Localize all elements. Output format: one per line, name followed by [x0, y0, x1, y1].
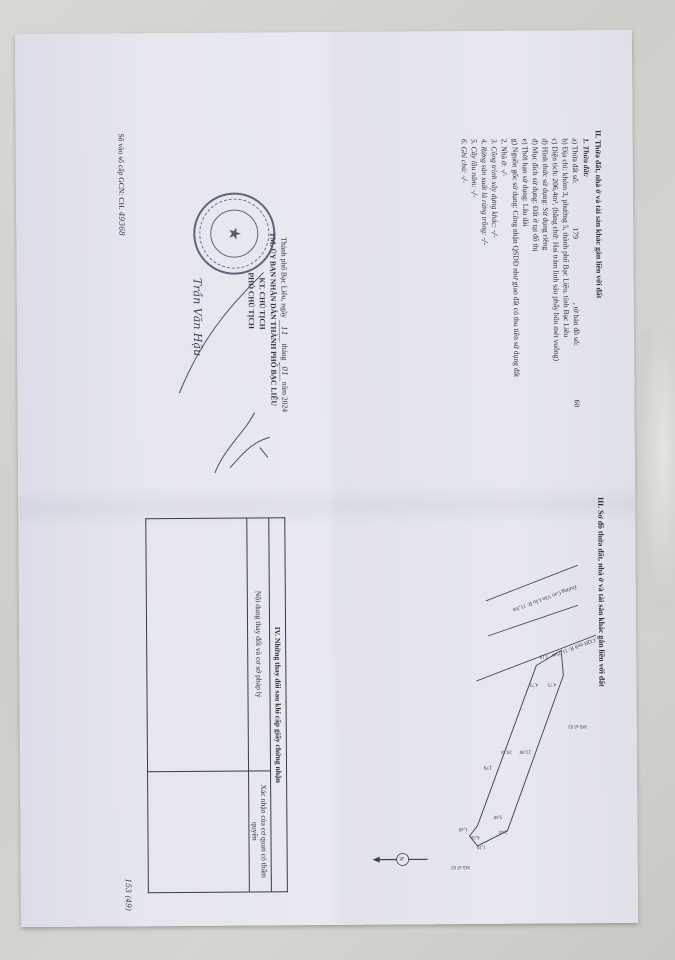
changes-empty-cell — [146, 518, 249, 771]
signer-name: Trần Văn Hậu — [191, 278, 205, 356]
map-sheet-number: 60 — [572, 400, 581, 408]
svg-text:5,10: 5,10 — [539, 653, 548, 658]
svg-text:5,60: 5,60 — [493, 814, 502, 819]
changes-table: IV. Những thay đổi sau khi cấp giấy chứn… — [145, 517, 288, 893]
svg-text:CCQH mới R: 11,25m: CCQH mới R: 11,25m — [550, 635, 598, 658]
perennial-trees-row: 5. Cây lâu năm: -/- — [470, 139, 479, 198]
parcel-number-row: a) Thửa đất số: 179 , tờ bản đồ số: 60 — [571, 138, 582, 407]
svg-text:Đường Cao Văn Lầu R: 11,3m: Đường Cao Văn Lầu R: 11,3m — [511, 583, 577, 613]
page-note: 153 (49) — [124, 878, 133, 911]
issue-day: 11 — [279, 320, 289, 342]
notes-row: 6. Ghi chú: -/- — [460, 139, 469, 183]
house-row: 2. Nhà ở: -/- — [500, 139, 509, 177]
other-construction-row: 3. Công trình xây dựng khác: -/- — [490, 139, 500, 238]
changes-empty-cell — [148, 771, 250, 893]
svg-text:4,73: 4,73 — [547, 681, 556, 686]
svg-text:6,50: 6,50 — [470, 834, 479, 839]
usage-form-row: d) Hình thức sử dụng: Sử dụng riêng — [541, 138, 551, 250]
certificate-content: II. Thửa đất, nhà ở và tài sản khác gắn … — [15, 30, 638, 927]
svg-text:1,40: 1,40 — [458, 826, 467, 831]
planted-forest-row: 4. Rừng sản xuất là rừng trồng: -/- — [480, 139, 490, 245]
changes-column-confirmation: Xác nhận của cơ quan có thẩm quyền — [249, 771, 272, 893]
svg-text:179: 179 — [483, 764, 492, 770]
registry-number: Số vào sổ cấp GCN: CH. 49368 — [117, 133, 127, 235]
section-iii-heading: III. Sơ đồ thửa đất, nhà ở và tài sản kh… — [596, 497, 606, 687]
section-ii-heading: II. Thửa đất, nhà ở và tài sản khác gắn … — [594, 130, 604, 298]
certificate-paper: II. Thửa đất, nhà ở và tài sản khác gắn … — [15, 30, 638, 927]
usage-origin-row: g) Nguồn gốc sử dụng: Công nhận QSDĐ như… — [511, 139, 522, 378]
changes-table-title: IV. Những thay đổi sau khi cấp giấy chứn… — [269, 518, 288, 892]
usage-term-row: e) Thời hạn sử dụng: Lâu dài — [521, 139, 531, 227]
svg-text:1,20: 1,20 — [476, 844, 485, 849]
address-row: b) Địa chỉ: khóm 3, phường 5, thành phố … — [561, 138, 571, 337]
issue-month: 01 — [279, 362, 289, 380]
svg-text:2,45: 2,45 — [498, 829, 507, 834]
left-page: II. Thửa đất, nhà ở và tài sản khác gắn … — [15, 30, 635, 484]
svg-text:N: N — [398, 856, 404, 861]
svg-text:21,00: 21,00 — [519, 749, 531, 754]
signature-strokes — [153, 232, 275, 483]
changes-column-content: Nội dung thay đổi và cơ sở pháp lý — [247, 518, 271, 771]
svg-text:4,73: 4,73 — [529, 682, 538, 687]
section-1-title: 1. Thửa đất: — [582, 138, 591, 177]
svg-text:20,35: 20,35 — [500, 749, 512, 754]
marble-background — [635, 330, 675, 630]
right-page: III. Sơ đồ thửa đất, nhà ở và tài sản kh… — [18, 485, 638, 927]
issue-date: Thành phố Bạc Liêu, ngày 11 tháng 01 năm… — [279, 237, 289, 412]
usage-purpose-row: đ) Mục đích sử dụng: Đất ở tại đô thị — [531, 139, 541, 252]
svg-text:Mã số 02: Mã số 02 — [451, 864, 470, 869]
area-row: c) Diện tích: 206,4m², (bằng chữ: Hai tr… — [551, 138, 562, 361]
svg-text:Mã số 02: Mã số 02 — [568, 723, 587, 728]
parcel-number: 179 — [571, 228, 580, 239]
parcel-map: Đường Cao Văn Lầu R: 11,3mCCQH mới R: 11… — [365, 485, 598, 925]
issue-year: 2024 — [280, 397, 289, 412]
